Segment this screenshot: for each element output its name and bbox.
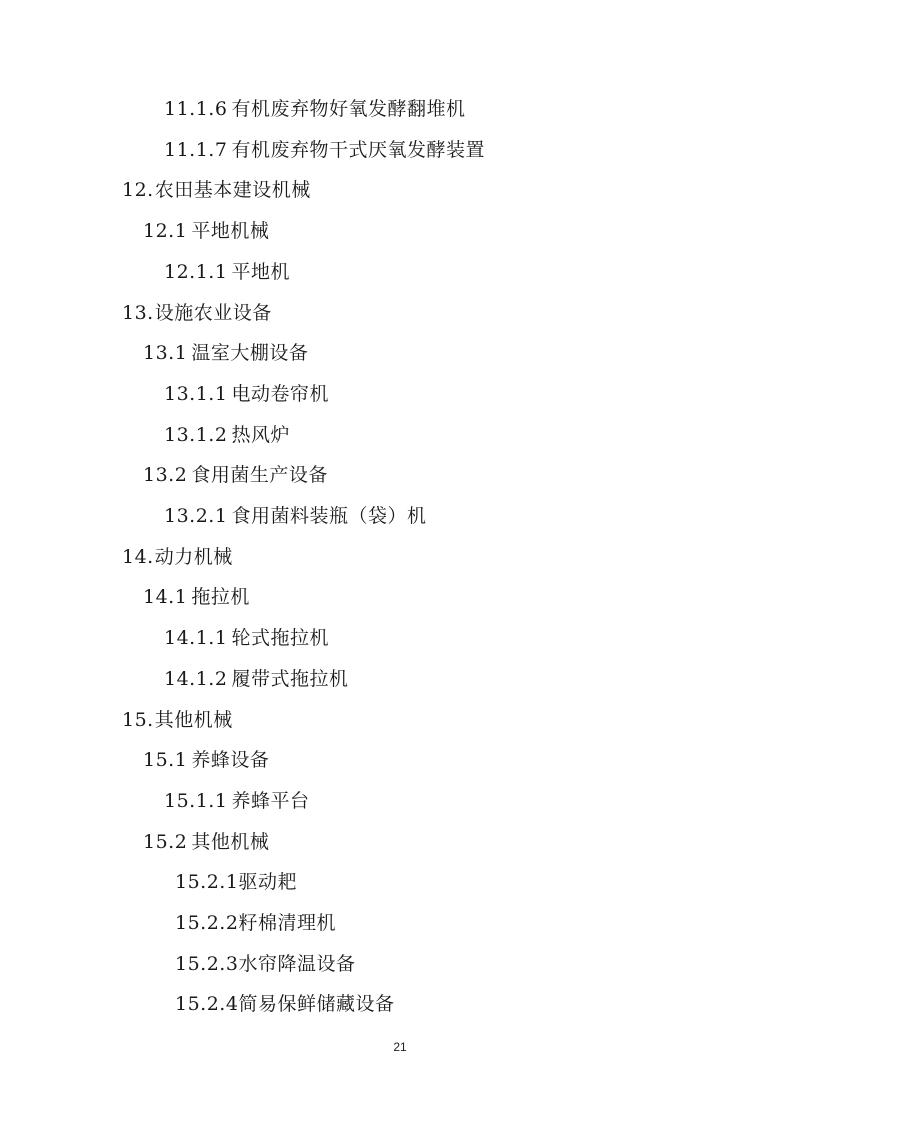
item-label: 简易保鲜储藏设备 bbox=[238, 993, 394, 1015]
catalog-subsection-12-1: 12.1平地机械 bbox=[143, 216, 269, 246]
item-number: 13.2 bbox=[143, 464, 187, 486]
item-number: 14.1 bbox=[143, 586, 187, 608]
catalog-item-15-2-4: 15.2.4简易保鲜储藏设备 bbox=[175, 989, 394, 1019]
catalog-item-13-1-1: 13.1.1电动卷帘机 bbox=[164, 379, 329, 409]
item-number: 15.2 bbox=[143, 831, 187, 853]
item-number: 13.1.1 bbox=[164, 383, 227, 405]
item-label: 平地机 bbox=[231, 261, 290, 283]
item-number: 15.2.1 bbox=[175, 871, 238, 893]
item-label: 有机废弃物干式厌氧发酵装置 bbox=[231, 139, 485, 161]
catalog-item-11-1-6: 11.1.6有机废弃物好氧发酵翻堆机 bbox=[164, 94, 465, 124]
item-number: 14. bbox=[122, 546, 154, 568]
item-number: 15.1 bbox=[143, 749, 187, 771]
item-number: 13. bbox=[122, 302, 154, 324]
catalog-section-12: 12.农田基本建设机械 bbox=[122, 175, 311, 205]
item-label: 其他机械 bbox=[155, 709, 233, 731]
item-number: 15. bbox=[122, 709, 154, 731]
item-number: 11.1.7 bbox=[164, 139, 227, 161]
catalog-item-15-2-2: 15.2.2籽棉清理机 bbox=[175, 908, 336, 938]
catalog-section-13: 13.设施农业设备 bbox=[122, 298, 272, 328]
item-label: 温室大棚设备 bbox=[191, 342, 308, 364]
item-number: 14.1.1 bbox=[164, 627, 227, 649]
item-label: 热风炉 bbox=[231, 424, 290, 446]
document-page: 11.1.6有机废弃物好氧发酵翻堆机 11.1.7有机废弃物干式厌氧发酵装置 1… bbox=[0, 0, 923, 1122]
page-number: 21 bbox=[0, 1040, 800, 1054]
catalog-item-15-1-1: 15.1.1养蜂平台 bbox=[164, 786, 309, 816]
item-number: 12.1 bbox=[143, 220, 187, 242]
item-number: 15.2.2 bbox=[175, 912, 238, 934]
item-number: 15.2.4 bbox=[175, 993, 238, 1015]
catalog-subsection-15-2: 15.2其他机械 bbox=[143, 827, 269, 857]
item-number: 14.1.2 bbox=[164, 668, 227, 690]
catalog-subsection-13-2: 13.2食用菌生产设备 bbox=[143, 460, 328, 490]
item-label: 电动卷帘机 bbox=[231, 383, 329, 405]
item-label: 养蜂平台 bbox=[231, 790, 309, 812]
item-number: 11.1.6 bbox=[164, 98, 227, 120]
item-label: 轮式拖拉机 bbox=[231, 627, 329, 649]
item-number: 12. bbox=[122, 179, 154, 201]
catalog-section-15: 15.其他机械 bbox=[122, 705, 233, 735]
catalog-subsection-15-1: 15.1养蜂设备 bbox=[143, 745, 269, 775]
catalog-item-15-2-3: 15.2.3水帘降温设备 bbox=[175, 949, 355, 979]
item-label: 平地机械 bbox=[191, 220, 269, 242]
item-label: 驱动耙 bbox=[238, 871, 297, 893]
item-label: 农田基本建设机械 bbox=[155, 179, 311, 201]
catalog-section-14: 14.动力机械 bbox=[122, 542, 233, 572]
catalog-item-12-1-1: 12.1.1平地机 bbox=[164, 257, 290, 287]
catalog-item-11-1-7: 11.1.7有机废弃物干式厌氧发酵装置 bbox=[164, 135, 485, 165]
item-number: 13.1.2 bbox=[164, 424, 227, 446]
item-label: 水帘降温设备 bbox=[238, 953, 355, 975]
item-label: 有机废弃物好氧发酵翻堆机 bbox=[231, 98, 465, 120]
item-number: 12.1.1 bbox=[164, 261, 227, 283]
item-label: 籽棉清理机 bbox=[238, 912, 336, 934]
catalog-item-13-2-1: 13.2.1食用菌料装瓶（袋）机 bbox=[164, 501, 426, 531]
item-label: 食用菌生产设备 bbox=[191, 464, 328, 486]
catalog-item-14-1-2: 14.1.2履带式拖拉机 bbox=[164, 664, 348, 694]
item-number: 15.1.1 bbox=[164, 790, 227, 812]
item-label: 其他机械 bbox=[191, 831, 269, 853]
item-number: 13.2.1 bbox=[164, 505, 227, 527]
item-label: 拖拉机 bbox=[191, 586, 250, 608]
catalog-subsection-13-1: 13.1温室大棚设备 bbox=[143, 338, 308, 368]
item-number: 15.2.3 bbox=[175, 953, 238, 975]
item-label: 动力机械 bbox=[155, 546, 233, 568]
item-label: 履带式拖拉机 bbox=[231, 668, 348, 690]
catalog-subsection-14-1: 14.1拖拉机 bbox=[143, 582, 250, 612]
item-label: 养蜂设备 bbox=[191, 749, 269, 771]
catalog-item-13-1-2: 13.1.2热风炉 bbox=[164, 420, 290, 450]
item-label: 食用菌料装瓶（袋）机 bbox=[231, 505, 426, 527]
catalog-item-15-2-1: 15.2.1驱动耙 bbox=[175, 867, 297, 897]
item-label: 设施农业设备 bbox=[155, 302, 272, 324]
item-number: 13.1 bbox=[143, 342, 187, 364]
catalog-item-14-1-1: 14.1.1轮式拖拉机 bbox=[164, 623, 329, 653]
